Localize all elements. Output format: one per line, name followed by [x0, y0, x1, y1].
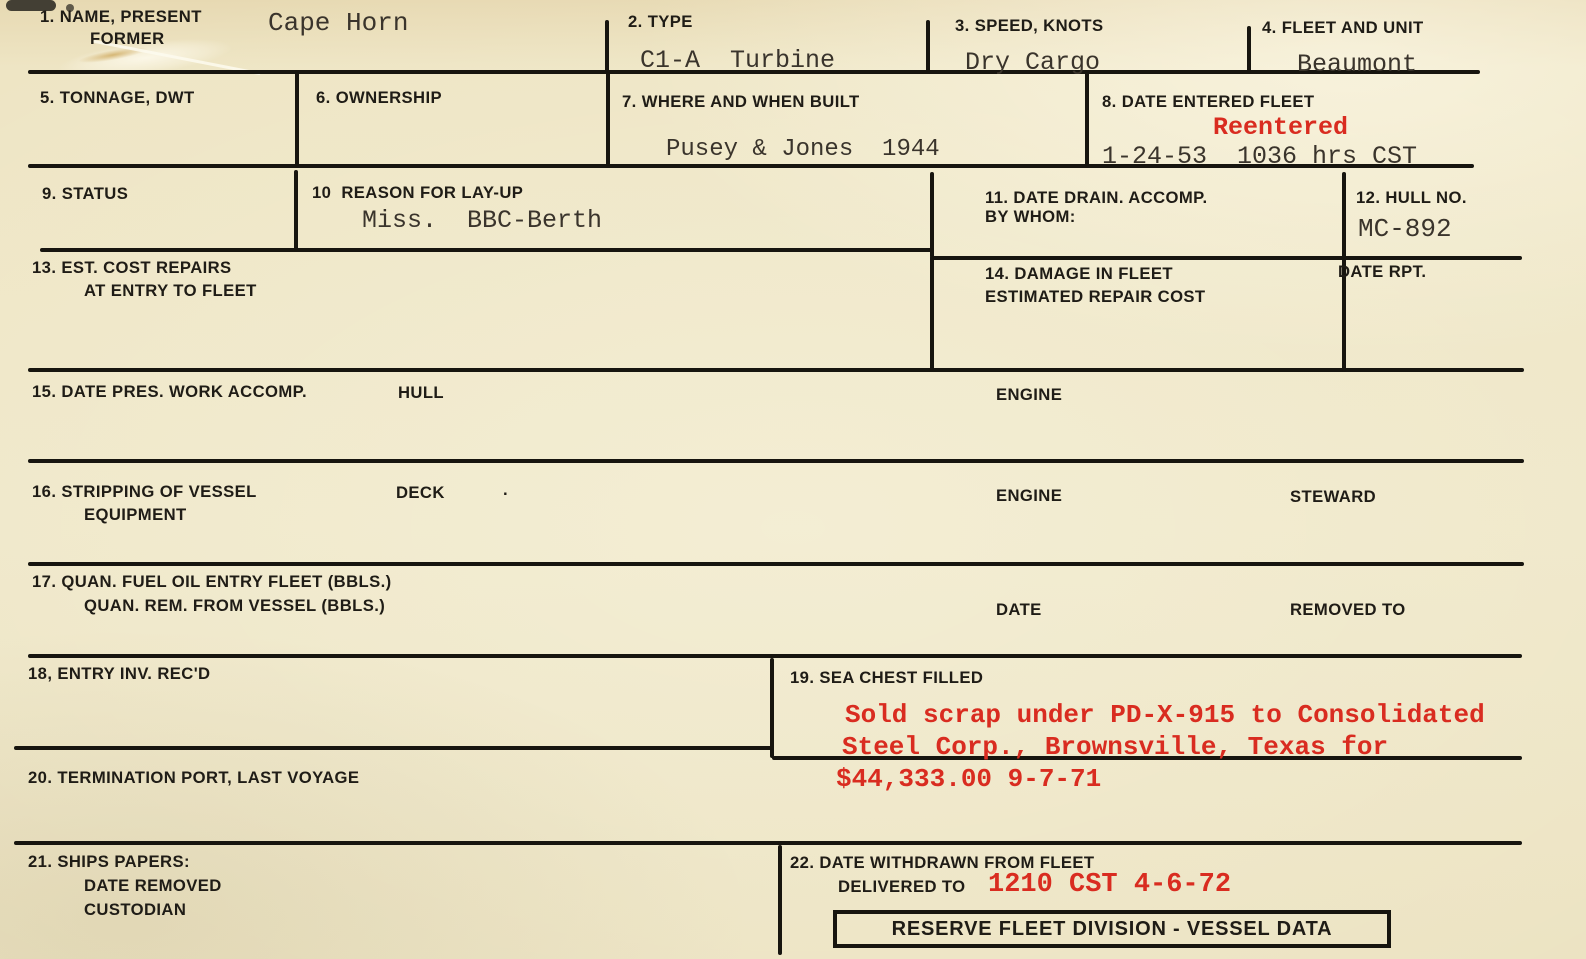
field19-red-note-line3: $44,333.00 9-7-71 [836, 764, 1101, 794]
rule-under-field18 [14, 746, 772, 750]
form-title: RESERVE FLEET DIVISION - VESSEL DATA [892, 918, 1333, 941]
field8-value-date-entered: 1-24-53 1036 hrs CST [1102, 142, 1417, 171]
rule-under-field17 [28, 654, 1522, 658]
field18-label: 18, ENTRY INV. REC'D [28, 664, 210, 684]
field15-engine-label: ENGINE [996, 385, 1062, 405]
field16-engine-label: ENGINE [996, 486, 1062, 506]
field16-label-line2: EQUIPMENT [84, 505, 187, 525]
field16-deck-label: DECK [396, 483, 445, 503]
field11-label-by-whom: BY WHOM: [985, 207, 1076, 227]
field1-value-ship-name: Cape Horn [268, 8, 408, 38]
field4-label: 4. FLEET AND UNIT [1262, 18, 1424, 38]
divider-field1-2 [605, 20, 609, 72]
field12-value-hull-no: MC-892 [1358, 214, 1452, 244]
field17-label: 17. QUAN. FUEL OIL ENTRY FLEET (BBLS.) [32, 572, 392, 592]
field19-red-note-line2: Steel Corp., Brownsville, Texas for [842, 732, 1388, 762]
divider-field18-19 [770, 658, 774, 758]
field2-value-type: C1-A Turbine [640, 46, 835, 75]
field2-label: 2. TYPE [628, 12, 693, 32]
field4-value-fleet: Beaumont [1297, 50, 1417, 79]
divider-field13-14 [930, 256, 934, 370]
field5-label: 5. TONNAGE, DWT [40, 88, 195, 108]
field13-label: 13. EST. COST REPAIRS [32, 258, 232, 278]
field3-value-speed: Dry Cargo [965, 48, 1100, 77]
field16-deck-mark: . [503, 480, 508, 500]
footer-title-box: RESERVE FLEET DIVISION - VESSEL DATA [833, 910, 1391, 948]
rule-under-field20 [14, 841, 1522, 845]
field16-label: 16. STRIPPING OF VESSEL [32, 482, 257, 502]
field20-label: 20. TERMINATION PORT, LAST VOYAGE [28, 768, 359, 788]
vessel-data-card: 1. NAME, PRESENT FORMER Cape Horn 2. TYP… [0, 0, 1586, 959]
field12-label: 12. HULL NO. [1356, 188, 1467, 208]
divider-field6-7 [606, 72, 610, 166]
field17-date-label: DATE [996, 600, 1042, 620]
divider-field10-11 [930, 172, 934, 258]
field17-removed-to-label: REMOVED TO [1290, 600, 1406, 620]
field21-label: 21. SHIPS PAPERS: [28, 852, 190, 872]
rule-under-field15 [28, 459, 1524, 463]
divider-field9-10 [294, 170, 298, 250]
field10-value-reason: Miss. BBC-Berth [362, 206, 602, 235]
field1-label: 1. NAME, PRESENT [40, 7, 202, 27]
field19-label: 19. SEA CHEST FILLED [790, 668, 983, 688]
field19-red-note-line1: Sold scrap under PD-X-915 to Consolidate… [845, 700, 1485, 730]
field13-label-line2: AT ENTRY TO FLEET [84, 281, 257, 301]
field7-label: 7. WHERE AND WHEN BUILT [622, 92, 860, 112]
rule-under-field11-12 [930, 256, 1522, 260]
rule-under-field9-10 [40, 248, 932, 252]
field8-label: 8. DATE ENTERED FLEET [1102, 92, 1314, 112]
field14-label: 14. DAMAGE IN FLEET [985, 264, 1173, 284]
field7-value-built: Pusey & Jones 1944 [666, 136, 940, 163]
rule-under-field16 [28, 562, 1524, 566]
field6-label: 6. OWNERSHIP [316, 88, 442, 108]
field10-label: 10 REASON FOR LAY-UP [312, 183, 523, 203]
field11-label: 11. DATE DRAIN. ACCOMP. [985, 188, 1208, 208]
field22-red-value-withdrawn: 1210 CST 4-6-72 [988, 870, 1231, 900]
field3-label: 3. SPEED, KNOTS [955, 16, 1103, 36]
field21-date-removed-label: DATE REMOVED [84, 876, 222, 896]
field1-label-former: FORMER [90, 29, 165, 49]
field22-delivered-to-label: DELIVERED TO [838, 877, 971, 897]
field8-stamp-reentered: Reentered [1213, 113, 1348, 142]
field17-label-line2: QUAN. REM. FROM VESSEL (BBLS.) [84, 596, 385, 616]
divider-field2-3 [926, 20, 930, 72]
divider-field3-4 [1247, 26, 1251, 72]
field16-steward-label: STEWARD [1290, 487, 1376, 507]
divider-field21-22 [778, 845, 782, 955]
divider-field7-8 [1085, 72, 1089, 166]
field14-date-rpt-label: DATE RPT. [1338, 262, 1426, 282]
field14-label-line2: ESTIMATED REPAIR COST [985, 287, 1206, 307]
rule-under-row4 [28, 368, 1524, 372]
field21-custodian-label: CUSTODIAN [84, 900, 186, 920]
divider-field5-6 [295, 72, 299, 166]
field15-label: 15. DATE PRES. WORK ACCOMP. [32, 382, 307, 402]
field15-hull-label: HULL [398, 383, 444, 403]
field9-label: 9. STATUS [42, 184, 128, 204]
